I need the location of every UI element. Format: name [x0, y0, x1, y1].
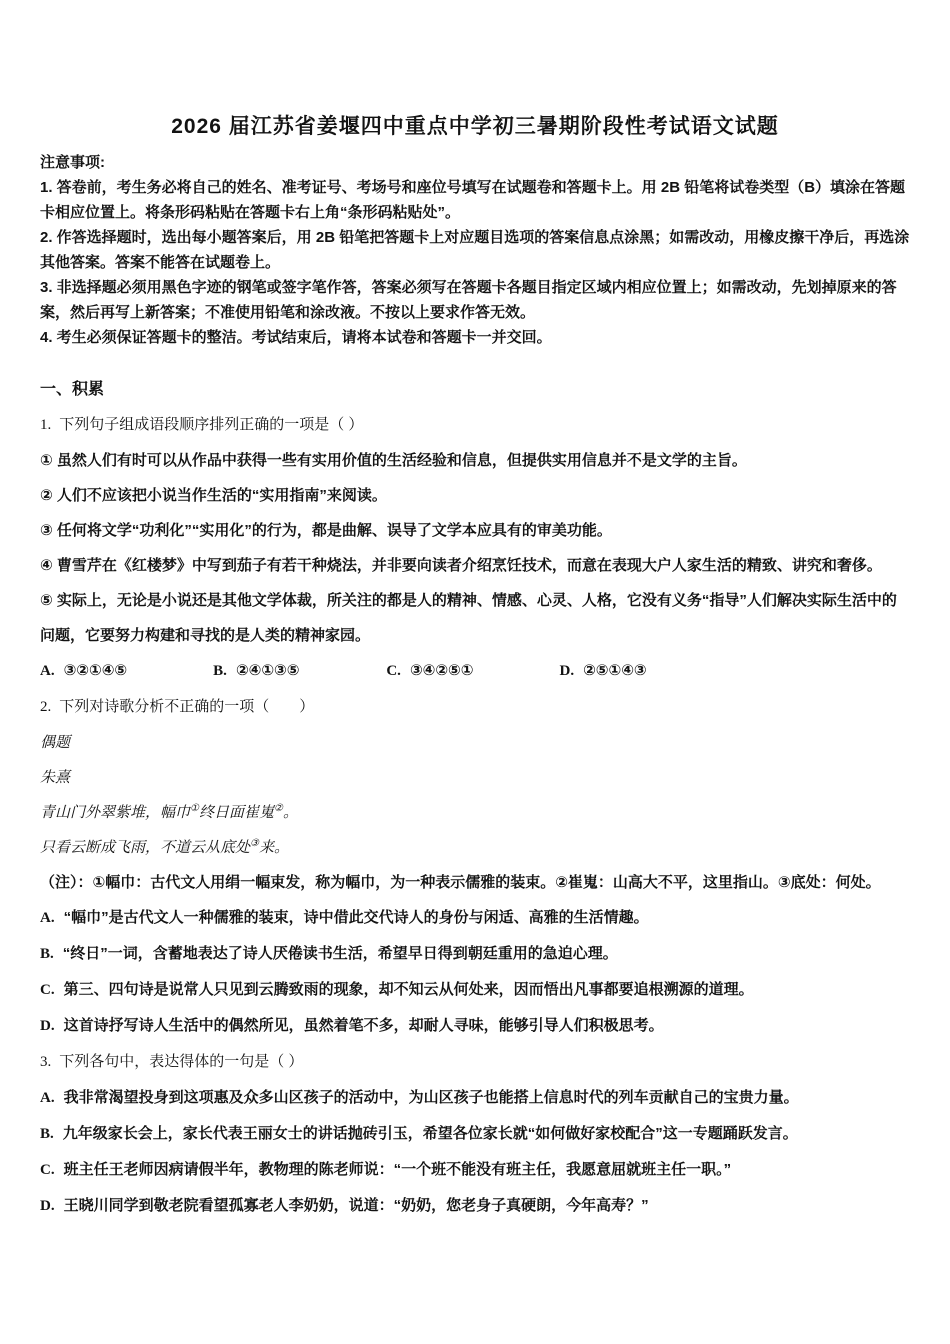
- q2-option-b-text: “终日”一词，含蓄地表达了诗人厌倦读书生活，希望早日得到朝廷重用的急迫心理。: [63, 945, 618, 962]
- question-3-stem: 3.下列各句中，表达得体的一句是（ ）: [40, 1044, 910, 1080]
- section-heading: 一、积累: [40, 372, 910, 407]
- poem-line-2-text-b: 来。: [259, 838, 289, 856]
- poem-footnote-mark-3: ③: [250, 838, 259, 849]
- exam-title: 2026 届江苏省姜堰四中重点中学初三暑期阶段性考试语文试题: [40, 113, 910, 140]
- q3-option-a-label: A.: [40, 1090, 55, 1106]
- question-3-number: 3.: [40, 1054, 51, 1070]
- poem-title: 偶题: [40, 725, 910, 760]
- q3-option-b-text: 九年级家长会上，家长代表王丽女士的讲话抛砖引玉，希望各位家长就“如何做好家校配合…: [63, 1125, 798, 1142]
- question-2-number: 2.: [40, 699, 51, 715]
- notice-item-4: 4. 考生必须保证答题卡的整洁。考试结束后，请将本试卷和答题卡一并交回。: [40, 325, 910, 350]
- q3-option-d-text: 王晓川同学到敬老院看望孤寡老人李奶奶，说道：“奶奶，您老身子真硬朗，今年高寿？”: [64, 1197, 649, 1214]
- q1-option-d-label: D.: [560, 663, 575, 679]
- q2-option-c-label: C.: [40, 982, 55, 998]
- poem-line-1-punct: 。: [283, 803, 298, 821]
- q2-option-c-text: 第三、四句诗是说常人只见到云腾致雨的现象，却不知云从何处来，因而悟出凡事都要追根…: [64, 981, 754, 998]
- q2-option-a-label: A.: [40, 910, 55, 926]
- q2-option-a-text: “幅巾”是古代文人一种儒雅的装束，诗中借此交代诗人的身份与闲适、高雅的生活情趣。: [64, 909, 649, 926]
- notice-section: 注意事项: 1. 答卷前，考生务必将自己的姓名、准考证号、考场号和座位号填写在试…: [40, 150, 910, 350]
- q3-option-b-label: B.: [40, 1126, 54, 1142]
- q3-option-b: B.九年级家长会上，家长代表王丽女士的讲话抛砖引玉，希望各位家长就“如何做好家校…: [40, 1116, 910, 1152]
- notice-heading: 注意事项:: [40, 150, 910, 175]
- q1-sentence-2: ② 人们不应该把小说当作生活的“实用指南”来阅读。: [40, 478, 910, 513]
- q3-option-c-text: 班主任王老师因病请假半年，教物理的陈老师说：“一个班不能没有班主任，我愿意屈就班…: [64, 1161, 732, 1178]
- question-3-text: 下列各句中，表达得体的一句是（ ）: [59, 1053, 303, 1070]
- q3-option-c: C.班主任王老师因病请假半年，教物理的陈老师说：“一个班不能没有班主任，我愿意屈…: [40, 1152, 910, 1188]
- poem-footnote-mark-1: ①: [190, 803, 199, 814]
- question-2-stem: 2.下列对诗歌分析不正确的一项（ ）: [40, 689, 910, 725]
- q1-options-row: A.③②①④⑤ B.②④①③⑤ C.③④②⑤① D.②⑤①④③: [40, 653, 910, 689]
- q1-option-a-value: ③②①④⑤: [64, 662, 128, 679]
- q1-option-b-label: B.: [213, 663, 227, 679]
- q2-option-d: D.这首诗抒写诗人生活中的偶然所见，虽然着笔不多，却耐人寻味，能够引导人们积极思…: [40, 1008, 910, 1044]
- q1-option-b: B.②④①③⑤: [213, 653, 382, 689]
- q2-option-a: A.“幅巾”是古代文人一种儒雅的装束，诗中借此交代诗人的身份与闲适、高雅的生活情…: [40, 900, 910, 936]
- poem-line-2: 只看云断成飞雨，不道云从底处③来。: [40, 830, 910, 865]
- q3-option-d-label: D.: [40, 1198, 55, 1214]
- q2-option-d-text: 这首诗抒写诗人生活中的偶然所见，虽然着笔不多，却耐人寻味，能够引导人们积极思考。: [64, 1017, 664, 1034]
- q1-option-a-label: A.: [40, 663, 55, 679]
- q1-option-d-value: ②⑤①④③: [583, 662, 647, 679]
- q1-sentence-1: ① 虽然人们有时可以从作品中获得一些有实用价值的生活经验和信息，但提供实用信息并…: [40, 443, 910, 478]
- q1-option-c: C.③④②⑤①: [386, 653, 555, 689]
- q2-option-b-label: B.: [40, 946, 54, 962]
- q3-option-c-label: C.: [40, 1162, 55, 1178]
- q3-option-d: D.王晓川同学到敬老院看望孤寡老人李奶奶，说道：“奶奶，您老身子真硬朗，今年高寿…: [40, 1188, 910, 1224]
- poem-line-1-text-b: 终日面崔嵬: [199, 803, 274, 821]
- q1-option-d: D.②⑤①④③: [560, 653, 647, 689]
- question-1-stem: 1.下列句子组成语段顺序排列正确的一项是（ ）: [40, 407, 910, 443]
- question-2-text: 下列对诗歌分析不正确的一项（ ）: [59, 698, 314, 715]
- q1-option-c-value: ③④②⑤①: [410, 662, 474, 679]
- q3-option-a-text: 我非常渴望投身到这项惠及众多山区孩子的活动中，为山区孩子也能搭上信息时代的列车贡…: [64, 1089, 799, 1106]
- exam-paper-page: 2026 届江苏省姜堰四中重点中学初三暑期阶段性考试语文试题 注意事项: 1. …: [0, 0, 950, 1344]
- notice-item-3: 3. 非选择题必须用黑色字迹的钢笔或签字笔作答，答案必须写在答题卡各题目指定区域…: [40, 275, 910, 325]
- q2-option-d-label: D.: [40, 1018, 55, 1034]
- q1-option-c-label: C.: [386, 663, 401, 679]
- poem-note: （注）：①幅巾：古代文人用绢一幅束发，称为幅巾，为一种表示儒雅的装束。②崔嵬：山…: [40, 865, 910, 900]
- poem-author: 朱熹: [40, 760, 910, 795]
- poem-line-1-text: 青山门外翠紫堆，幅巾: [40, 803, 190, 821]
- q1-option-a: A.③②①④⑤: [40, 653, 209, 689]
- section-accumulation: 一、积累 1.下列句子组成语段顺序排列正确的一项是（ ） ① 虽然人们有时可以从…: [40, 372, 910, 1224]
- q1-sentence-5: ⑤ 实际上，无论是小说还是其他文学体裁，所关注的都是人的精神、情感、心灵、人格，…: [40, 583, 910, 653]
- poem-line-1: 青山门外翠紫堆，幅巾①终日面崔嵬②。: [40, 795, 910, 830]
- question-1-number: 1.: [40, 417, 51, 433]
- q1-sentence-4: ④ 曹雪芹在《红楼梦》中写到茄子有若干种烧法，并非要向读者介绍烹饪技术，而意在表…: [40, 548, 910, 583]
- q1-sentence-3: ③ 任何将文学“功利化”“实用化”的行为，都是曲解、误导了文学本应具有的审美功能…: [40, 513, 910, 548]
- q3-option-a: A.我非常渴望投身到这项惠及众多山区孩子的活动中，为山区孩子也能搭上信息时代的列…: [40, 1080, 910, 1116]
- notice-item-1: 1. 答卷前，考生务必将自己的姓名、准考证号、考场号和座位号填写在试题卷和答题卡…: [40, 175, 910, 225]
- poem-footnote-mark-2: ②: [274, 803, 283, 814]
- question-1-text: 下列句子组成语段顺序排列正确的一项是（ ）: [59, 416, 363, 433]
- q2-option-c: C.第三、四句诗是说常人只见到云腾致雨的现象，却不知云从何处来，因而悟出凡事都要…: [40, 972, 910, 1008]
- q1-option-b-value: ②④①③⑤: [236, 662, 300, 679]
- notice-item-2: 2. 作答选择题时，选出每小题答案后，用 2B 铅笔把答题卡上对应题目选项的答案…: [40, 225, 910, 275]
- q2-option-b: B.“终日”一词，含蓄地表达了诗人厌倦读书生活，希望早日得到朝廷重用的急迫心理。: [40, 936, 910, 972]
- poem-line-2-text: 只看云断成飞雨，不道云从底处: [40, 838, 250, 856]
